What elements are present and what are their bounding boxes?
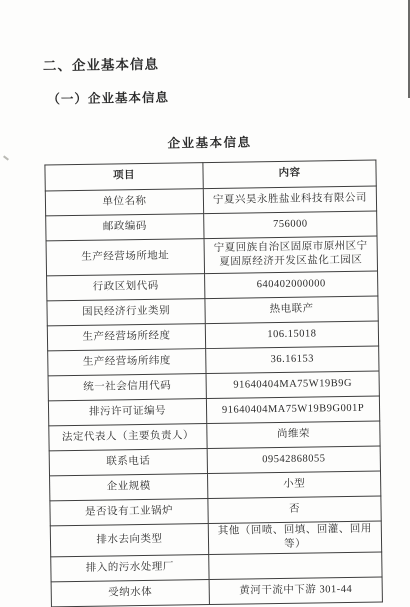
table-row: 生产经营场所地址 宁夏回族自治区固原市原州区宁夏固原经济开发区盐化工园区 [46, 236, 377, 276]
row-value: 否 [208, 496, 381, 524]
row-value: 106.15018 [205, 321, 378, 349]
row-label: 国民经济行业类别 [47, 299, 205, 326]
table-title: 企业基本信息 [44, 131, 375, 154]
row-value: 91640404MA75W19B9G001P [206, 396, 379, 424]
section-heading: 二、企业基本信息 [43, 53, 159, 75]
row-value: 09542868055 [207, 446, 380, 474]
row-label: 生产经营场所纬度 [48, 349, 206, 376]
row-label: 排水去向类型 [50, 524, 208, 558]
row-label: 受纳水体 [51, 580, 209, 607]
row-value: 宁夏兴昊永胜盐业科技有限公司 [203, 186, 376, 214]
row-value: 756000 [204, 211, 377, 239]
row-value: 640402000000 [205, 271, 378, 299]
scanned-page: 二、企业基本信息 （一）企业基本信息 企业基本信息 项目 内容 单位名称 宁夏兴… [0, 0, 410, 607]
row-label: 生产经营场所地址 [46, 239, 205, 276]
row-value: 宁夏回族自治区固原市原州区宁夏固原经济开发区盐化工园区 [204, 236, 378, 274]
row-label: 是否设有工业锅炉 [50, 499, 208, 526]
row-label: 单位名称 [45, 189, 203, 216]
row-label: 排污许可证编号 [48, 399, 206, 426]
row-value: 其他（回喷、回填、回灌、回用等） [208, 521, 381, 555]
row-label: 企业规模 [50, 474, 208, 501]
row-label: 统一社会信用代码 [48, 374, 206, 401]
row-label: 法定代表人（主要负责人） [49, 424, 207, 451]
row-value: 91640404MA75W19B9G [206, 371, 379, 399]
header-item: 项目 [45, 163, 203, 191]
row-label: 联系电话 [49, 449, 207, 476]
table-row: 受纳水体 黄河干流中下游 301-44 [51, 577, 382, 607]
row-value: 小型 [208, 471, 381, 499]
enterprise-info-table: 项目 内容 单位名称 宁夏兴昊永胜盐业科技有限公司 邮政编码 756000 生产… [44, 160, 383, 607]
row-label: 邮政编码 [46, 214, 204, 241]
row-label: 排入的污水处理厂 [51, 555, 209, 582]
subsection-heading: （一）企业基本信息 [47, 88, 169, 108]
row-value [209, 552, 382, 580]
row-value: 热电联产 [205, 296, 378, 324]
row-value: 黄河干流中下游 301-44 [209, 577, 382, 605]
table-row: 排水去向类型 其他（回喷、回填、回灌、回用等） [50, 521, 381, 557]
row-label: 行政区划代码 [47, 274, 205, 301]
header-content: 内容 [203, 160, 376, 189]
row-value: 36.16153 [206, 346, 379, 374]
row-value: 尚维荣 [207, 421, 380, 449]
row-label: 生产经营场所经度 [47, 324, 205, 351]
